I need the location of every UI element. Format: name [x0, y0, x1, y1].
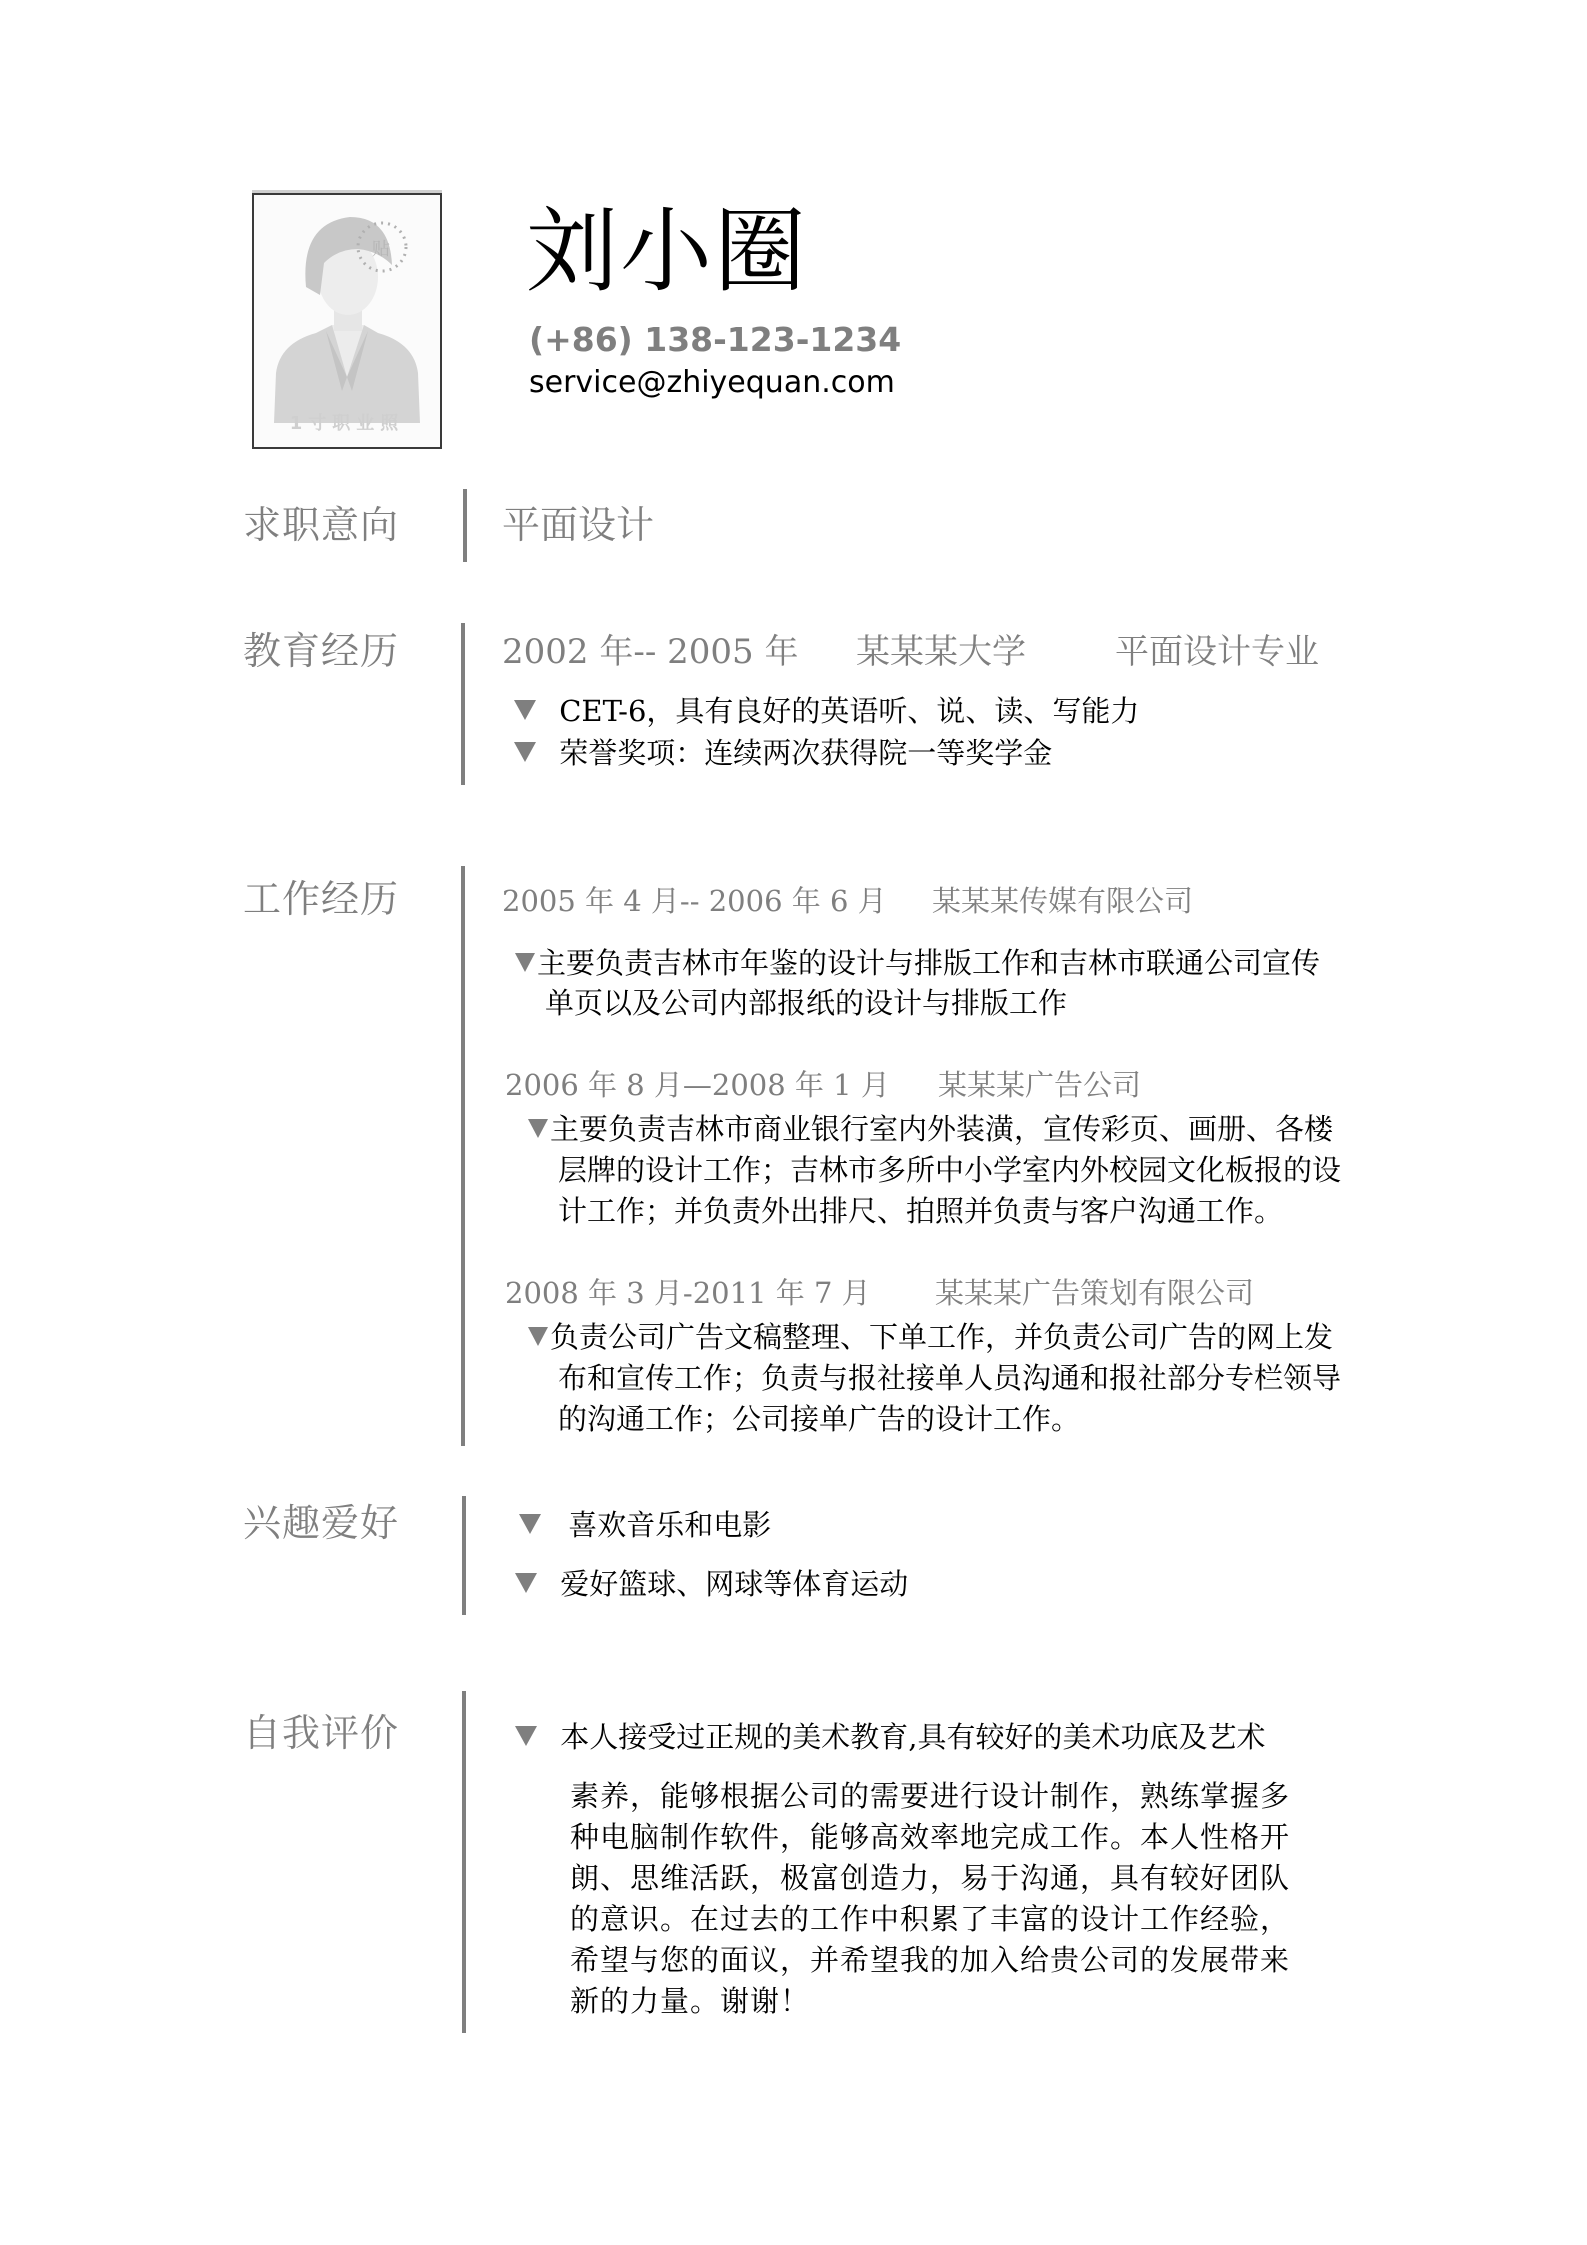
section-label-self-evaluation: 自我评价: [243, 1710, 399, 1756]
self-evaluation-paragraph: 本人接受过正规的美术教育,具有较好的美术功底及艺术: [515, 1716, 1265, 1758]
section-divider: [462, 1691, 466, 2033]
job-period: 2006 年 8 月—2008 年 1 月: [505, 1066, 890, 1104]
job-period: 2008 年 3 月-2011 年 7 月: [505, 1274, 871, 1312]
job-description-line: 的沟通工作；公司接单广告的设计工作。: [558, 1398, 1080, 1440]
section-divider: [462, 1496, 466, 1615]
job-description-line: 布和宣传工作；负责与报社接单人员沟通和报社部分专栏领导: [558, 1357, 1341, 1399]
job-description-line: 层牌的设计工作；吉林市多所中小学室内外校园文化板报的设: [558, 1149, 1341, 1191]
education-major: 平面设计专业: [1115, 630, 1319, 674]
section-divider: [463, 489, 467, 562]
candidate-name: 刘小圈: [526, 198, 808, 306]
triangle-bullet-icon: [515, 1573, 537, 1593]
email-address: service@zhiyequan.com: [529, 364, 895, 402]
triangle-bullet-icon: [528, 1119, 548, 1138]
section-label-objective: 求职意向: [243, 502, 399, 548]
triangle-bullet-icon: [515, 1726, 537, 1746]
triangle-bullet-icon: [515, 953, 535, 972]
job-period: 2005 年 4 月-- 2006 年 6 月: [502, 882, 887, 920]
section-label-work: 工作经历: [243, 876, 399, 922]
self-evaluation-line: 希望与您的面议，并希望我的加入给贵公司的发展带来: [570, 1940, 1290, 1981]
triangle-bullet-icon: [514, 700, 536, 720]
self-evaluation-line: 种电脑制作软件，能够高效率地完成工作。本人性格开: [570, 1817, 1290, 1858]
self-evaluation-line: 素养，能够根据公司的需要进行设计制作，熟练掌握多: [570, 1776, 1290, 1817]
self-evaluation-line: 新的力量。谢谢！: [570, 1981, 810, 2022]
education-period: 2002 年-- 2005 年: [502, 630, 798, 674]
job-description: 负责公司广告文稿整理、下单工作，并负责公司广告的网上发: [528, 1316, 1333, 1358]
job-description-line: 计工作；并负责外出排尺、拍照并负责与客户沟通工作。: [558, 1190, 1283, 1232]
section-label-education: 教育经历: [243, 628, 399, 674]
self-evaluation-line: 朗、思维活跃，极富创造力，易于沟通，具有较好团队: [570, 1858, 1290, 1899]
hobby-item: 爱好篮球、网球等体育运动: [515, 1563, 908, 1605]
job-company: 某某某传媒有限公司: [932, 882, 1193, 920]
objective-value: 平面设计: [502, 502, 654, 548]
profile-photo-placeholder: 贴 1寸职业照: [252, 193, 442, 449]
self-evaluation-line: 的意识。在过去的工作中积累了丰富的设计工作经验，: [570, 1899, 1290, 1940]
triangle-bullet-icon: [514, 742, 536, 762]
photo-caption: 1寸职业照: [254, 409, 440, 435]
job-description: 主要负责吉林市商业银行室内外装潢，宣传彩页、画册、各楼: [528, 1108, 1333, 1150]
section-divider: [461, 623, 465, 785]
svg-text:贴: 贴: [372, 239, 390, 260]
triangle-bullet-icon: [519, 1514, 541, 1534]
triangle-bullet-icon: [528, 1327, 548, 1346]
education-bullet: CET-6，具有良好的英语听、说、读、写能力: [514, 690, 1139, 732]
job-description: 主要负责吉林市年鉴的设计与排版工作和吉林市联通公司宣传: [515, 942, 1320, 984]
section-divider: [461, 866, 465, 1446]
phone-number: (+86) 138-123-1234: [529, 320, 901, 360]
job-description-line: 单页以及公司内部报纸的设计与排版工作: [545, 982, 1067, 1024]
section-label-hobbies: 兴趣爱好: [243, 1500, 399, 1546]
education-bullet-text: CET-6，具有良好的英语听、说、读、写能力: [559, 694, 1139, 728]
hobby-item: 喜欢音乐和电影: [519, 1504, 771, 1546]
education-bullet-text: 荣誉奖项：连续两次获得院一等奖学金: [559, 736, 1052, 770]
education-bullet: 荣誉奖项：连续两次获得院一等奖学金: [514, 732, 1052, 774]
education-school: 某某某大学: [856, 630, 1026, 674]
job-company: 某某某广告公司: [938, 1066, 1141, 1104]
job-company: 某某某广告策划有限公司: [935, 1274, 1254, 1312]
